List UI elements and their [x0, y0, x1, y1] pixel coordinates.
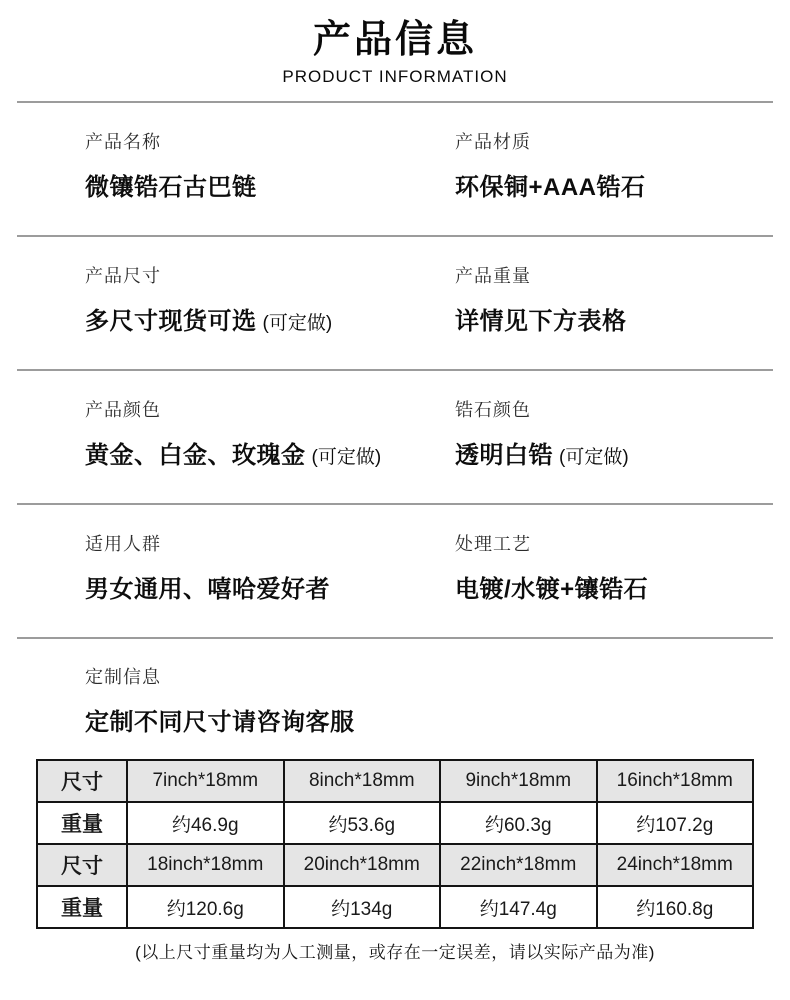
table-row-weight-1: 重量 约46.9g 约53.6g 约60.3g 约107.2g — [37, 802, 753, 844]
table-cell: 约120.6g — [127, 886, 284, 928]
table-cell: 约46.9g — [127, 802, 284, 844]
page-subtitle: PRODUCT INFORMATION — [0, 65, 790, 89]
page-header: 产品信息 PRODUCT INFORMATION — [0, 0, 790, 103]
spec-product-color: 产品颜色 黄金、白金、玫瑰金(可定做) — [85, 398, 455, 474]
table-cell: 约53.6g — [284, 802, 441, 844]
table-row-header: 重量 — [37, 886, 127, 928]
spec-row-people-craft: 适用人群 男女通用、嘻哈爱好者 处理工艺 电镀/水镀+镶锆石 — [0, 505, 790, 637]
table-cell: 18inch*18mm — [127, 844, 284, 886]
table-cell: 7inch*18mm — [127, 760, 284, 802]
table-cell: 约60.3g — [440, 802, 597, 844]
spec-zircon-color: 锆石颜色 透明白锆(可定做) — [455, 398, 790, 474]
spec-product-weight: 产品重量 详情见下方表格 — [455, 264, 790, 340]
table-row-size-2: 尺寸 18inch*18mm 20inch*18mm 22inch*18mm 2… — [37, 844, 753, 886]
measurement-disclaimer: (以上尺寸重量均为人工测量，或存在一定误差，请以实际产品为准) — [0, 938, 790, 963]
spec-label: 适用人群 — [85, 532, 455, 556]
spec-label: 处理工艺 — [455, 532, 790, 556]
spec-label: 锆石颜色 — [455, 398, 790, 422]
spec-value: 电镀/水镀+镶锆石 — [455, 574, 790, 608]
spec-value-text: 详情见下方表格 — [455, 308, 627, 335]
table-cell: 8inch*18mm — [284, 760, 441, 802]
spec-value-text: 微镶锆石古巴链 — [85, 174, 257, 201]
table-cell: 24inch*18mm — [597, 844, 754, 886]
spec-label: 产品重量 — [455, 264, 790, 288]
spec-value-text: 电镀/水镀+镶锆石 — [455, 576, 648, 603]
spec-value-suffix: (可定做) — [312, 447, 382, 468]
spec-row-name-material: 产品名称 微镶锆石古巴链 产品材质 环保铜+AAA锆石 — [0, 103, 790, 235]
spec-value: 微镶锆石古巴链 — [85, 172, 455, 206]
table-cell: 9inch*18mm — [440, 760, 597, 802]
table-row-weight-2: 重量 约120.6g 约134g 约147.4g 约160.8g — [37, 886, 753, 928]
spec-value-text: 男女通用、嘻哈爱好者 — [85, 576, 330, 603]
spec-label: 产品颜色 — [85, 398, 455, 422]
spec-processing-craft: 处理工艺 电镀/水镀+镶锆石 — [455, 532, 790, 608]
custom-info-value: 定制不同尺寸请咨询客服 — [85, 707, 790, 739]
spec-label: 产品名称 — [85, 130, 455, 154]
spec-value-text: 多尺寸现货可选 — [85, 308, 257, 335]
table-row-header: 尺寸 — [37, 760, 127, 802]
spec-label: 产品材质 — [455, 130, 790, 154]
spec-product-name: 产品名称 微镶锆石古巴链 — [85, 130, 455, 206]
spec-value: 详情见下方表格 — [455, 306, 790, 340]
spec-value: 多尺寸现货可选(可定做) — [85, 306, 455, 340]
table-row-header: 重量 — [37, 802, 127, 844]
spec-value-suffix: (可定做) — [263, 313, 333, 334]
spec-value: 透明白锆(可定做) — [455, 440, 790, 474]
spec-value-suffix: (可定做) — [559, 447, 629, 468]
spec-row-size-weight: 产品尺寸 多尺寸现货可选(可定做) 产品重量 详情见下方表格 — [0, 237, 790, 369]
table-cell: 约147.4g — [440, 886, 597, 928]
spec-value: 环保铜+AAA锆石 — [455, 172, 790, 206]
product-info-page: 产品信息 PRODUCT INFORMATION 产品名称 微镶锆石古巴链 产品… — [0, 0, 790, 1000]
spec-product-size: 产品尺寸 多尺寸现货可选(可定做) — [85, 264, 455, 340]
spec-value: 男女通用、嘻哈爱好者 — [85, 574, 455, 608]
size-weight-table: 尺寸 7inch*18mm 8inch*18mm 9inch*18mm 16in… — [36, 759, 754, 929]
table-row-header: 尺寸 — [37, 844, 127, 886]
table-cell: 约134g — [284, 886, 441, 928]
spec-value: 黄金、白金、玫瑰金(可定做) — [85, 440, 455, 474]
spec-target-users: 适用人群 男女通用、嘻哈爱好者 — [85, 532, 455, 608]
spec-label: 产品尺寸 — [85, 264, 455, 288]
spec-value-text: 黄金、白金、玫瑰金 — [85, 442, 306, 469]
table-cell: 22inch*18mm — [440, 844, 597, 886]
spec-value-text: 透明白锆 — [455, 442, 553, 469]
page-title: 产品信息 — [0, 16, 790, 64]
table-row-size-1: 尺寸 7inch*18mm 8inch*18mm 9inch*18mm 16in… — [37, 760, 753, 802]
table-cell: 约160.8g — [597, 886, 754, 928]
spec-row-colors: 产品颜色 黄金、白金、玫瑰金(可定做) 锆石颜色 透明白锆(可定做) — [0, 371, 790, 503]
custom-info-label: 定制信息 — [85, 665, 790, 689]
spec-value-text: 环保铜+AAA锆石 — [455, 174, 646, 201]
table-cell: 20inch*18mm — [284, 844, 441, 886]
spec-product-material: 产品材质 环保铜+AAA锆石 — [455, 130, 790, 206]
table-cell: 约107.2g — [597, 802, 754, 844]
table-cell: 16inch*18mm — [597, 760, 754, 802]
custom-info-section: 定制信息 定制不同尺寸请咨询客服 — [0, 639, 790, 759]
